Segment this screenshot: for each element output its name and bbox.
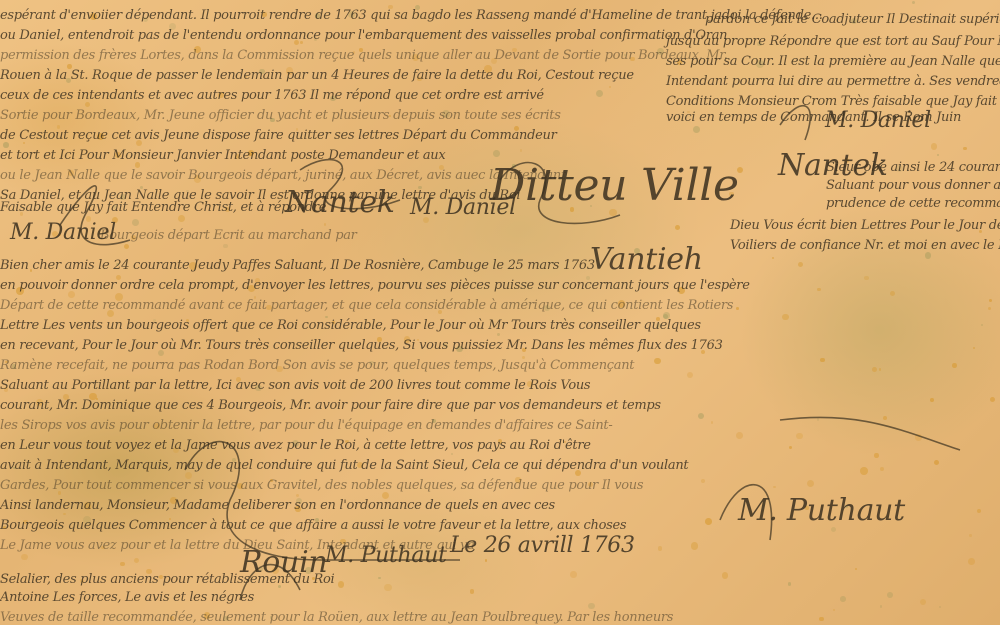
ink-flourishes [0,0,1000,625]
